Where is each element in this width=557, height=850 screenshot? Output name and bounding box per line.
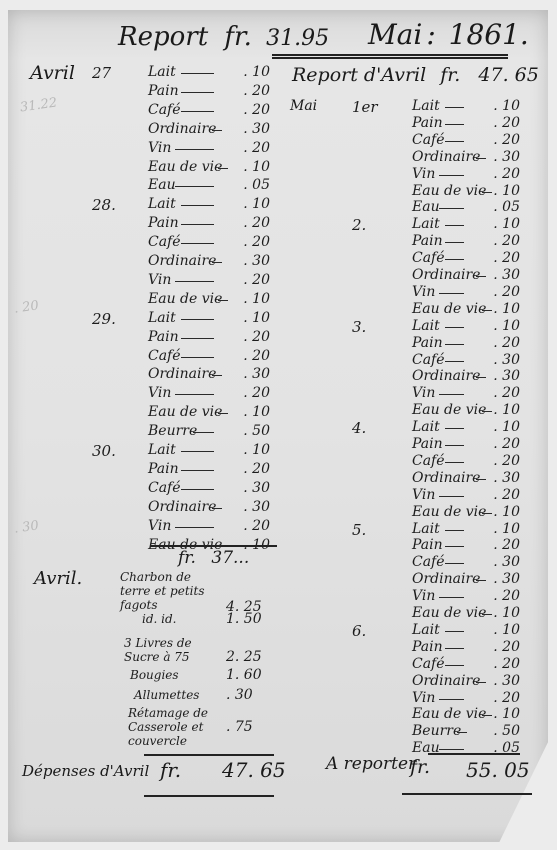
- leader-line: [445, 656, 464, 666]
- leader-line: [445, 639, 464, 649]
- leader-line: [439, 740, 464, 750]
- item-amount: . 10: [476, 183, 520, 199]
- item-amount: . 10: [476, 98, 520, 114]
- leader-line: [439, 385, 464, 395]
- item-amount: . 20: [476, 250, 520, 266]
- item-amount: . 20: [476, 166, 520, 182]
- leader-line: [457, 723, 467, 733]
- item-name: Lait: [412, 98, 440, 114]
- day-number: 3.: [352, 318, 366, 336]
- carry-amount: 47. 65: [478, 64, 538, 86]
- item-amount: . 30: [476, 149, 520, 165]
- leader-line: [445, 335, 464, 345]
- item-amount: . 05: [476, 199, 520, 215]
- item-name: Ordinaire: [412, 673, 480, 689]
- leader-line: [445, 132, 464, 142]
- left-report-header: Report fr. 31.95: [118, 22, 329, 52]
- item-name: Vin: [412, 166, 435, 182]
- item-amount: . 20: [476, 656, 520, 672]
- item-amount: . 30: [476, 352, 520, 368]
- item-name: Café: [412, 453, 445, 469]
- day-number: 2.: [352, 216, 366, 234]
- item-amount: . 20: [476, 453, 520, 469]
- item-amount: . 10: [476, 216, 520, 232]
- item-name: Ordinaire: [412, 149, 480, 165]
- month-title: Mai: [368, 18, 422, 51]
- item-amount: . 20: [476, 284, 520, 300]
- item-amount: . 20: [476, 537, 520, 553]
- item-name: Ordinaire: [412, 470, 480, 486]
- item-amount: . 10: [476, 402, 520, 418]
- item-name: Café: [412, 352, 445, 368]
- day-number: 27: [92, 64, 111, 82]
- item-name: Ordinaire: [412, 267, 480, 283]
- item-amount: . 30: [476, 554, 520, 570]
- report-label: Report: [118, 22, 208, 52]
- leader-line: [445, 250, 464, 260]
- leader-line: [439, 487, 464, 497]
- item-name: Vin: [412, 487, 435, 503]
- item-name: Café: [412, 132, 445, 148]
- item-name: Ordinaire: [412, 571, 480, 587]
- day-number: 4.: [352, 419, 366, 437]
- right-total-rule-top: [428, 753, 520, 755]
- leader-line: [445, 318, 464, 328]
- leader-line: [439, 199, 464, 209]
- leader-line: [439, 588, 464, 598]
- item-amount: . 20: [476, 588, 520, 604]
- item-name: Ordinaire: [412, 368, 480, 384]
- item-name: Pain: [412, 436, 443, 452]
- item-amount: . 30: [476, 368, 520, 384]
- item-amount: . 20: [476, 335, 520, 351]
- header-rule: [272, 57, 508, 59]
- item-amount: . 20: [476, 132, 520, 148]
- item-amount: . 10: [476, 318, 520, 334]
- item-amount: . 20: [476, 233, 520, 249]
- item-amount: . 10: [476, 301, 520, 317]
- item-amount: . 10: [226, 64, 270, 80]
- item-amount: . 20: [226, 83, 270, 99]
- item-amount: . 10: [476, 622, 520, 638]
- item-name: Vin: [412, 284, 435, 300]
- leader-line: [445, 521, 464, 531]
- item-name: Vin: [412, 690, 435, 706]
- leader-line: [445, 537, 464, 547]
- item-name: Pain: [412, 115, 443, 131]
- item-name: Café: [412, 656, 445, 672]
- leader-line: [445, 352, 464, 362]
- header-rule: [272, 54, 508, 56]
- item-name: Beurre: [412, 723, 461, 739]
- carry-over-label: A reporter: [326, 754, 416, 774]
- leader-line: [181, 83, 214, 93]
- item-name: Lait: [412, 521, 440, 537]
- leader-line: [445, 233, 464, 243]
- item-name: Café: [412, 554, 445, 570]
- carry-forward: Report d'Avril fr. 47. 65: [292, 64, 539, 86]
- april-total-currency: fr.: [160, 758, 181, 782]
- item-amount: . 20: [476, 487, 520, 503]
- leader-line: [445, 98, 464, 108]
- leader-line: [439, 690, 464, 700]
- item-name: Café: [412, 250, 445, 266]
- day-number: 6.: [352, 622, 366, 640]
- item-name: Pain: [412, 335, 443, 351]
- item-amount: . 50: [476, 723, 520, 739]
- item-name: Vin: [412, 588, 435, 604]
- item-amount: . 20: [476, 436, 520, 452]
- item-name: Pain: [412, 639, 443, 655]
- item-name: Lait: [412, 216, 440, 232]
- item-amount: . 10: [476, 419, 520, 435]
- item-amount: . 10: [476, 521, 520, 537]
- year-title: 1861.: [449, 18, 529, 51]
- leader-line: [445, 622, 464, 632]
- item-amount: . 10: [476, 605, 520, 621]
- item-amount: . 20: [476, 385, 520, 401]
- report-amount: 31.95: [266, 26, 329, 51]
- leader-line: [445, 419, 464, 429]
- item-amount: . 20: [476, 115, 520, 131]
- item-amount: . 10: [476, 504, 520, 520]
- item-amount: . 20: [476, 639, 520, 655]
- report-currency: fr.: [224, 22, 251, 52]
- right-total-rule-bottom: [402, 793, 532, 795]
- item-name: Lait: [148, 64, 176, 80]
- item-name: Lait: [412, 622, 440, 638]
- right-month-header: Mai: 1861.: [368, 18, 529, 51]
- item-name: Pain: [412, 537, 443, 553]
- item-name: Eau: [412, 199, 440, 215]
- item-amount: . 30: [476, 673, 520, 689]
- item-name: Vin: [412, 385, 435, 401]
- leader-line: [181, 64, 214, 74]
- leader-line: [445, 216, 464, 226]
- item-amount: . 10: [476, 706, 520, 722]
- day-number: 1er: [352, 98, 378, 116]
- item-name: Pain: [412, 233, 443, 249]
- total-rule-bottom: [144, 795, 274, 797]
- leader-line: [445, 115, 464, 125]
- item-name: Lait: [412, 318, 440, 334]
- april-total-label: Dépenses d'Avril: [22, 762, 149, 780]
- leader-line: [445, 436, 464, 446]
- carry-over-amount: 55. 05: [466, 758, 530, 782]
- leader-line: [439, 284, 464, 294]
- carry-over-currency: fr.: [410, 756, 430, 778]
- item-amount: . 20: [476, 690, 520, 706]
- item-name: Pain: [148, 83, 179, 99]
- carry-currency: fr.: [440, 64, 460, 86]
- item-amount: . 30: [476, 267, 520, 283]
- item-amount: . 30: [476, 470, 520, 486]
- item-amount: . 30: [476, 571, 520, 587]
- leader-line: [439, 166, 464, 176]
- item-name: Lait: [412, 419, 440, 435]
- day-number: 5.: [352, 521, 366, 539]
- april-total-amount: 47. 65: [222, 758, 286, 782]
- carry-label: Report d'Avril: [292, 64, 426, 86]
- leader-line: [445, 453, 464, 463]
- leader-line: [445, 554, 464, 564]
